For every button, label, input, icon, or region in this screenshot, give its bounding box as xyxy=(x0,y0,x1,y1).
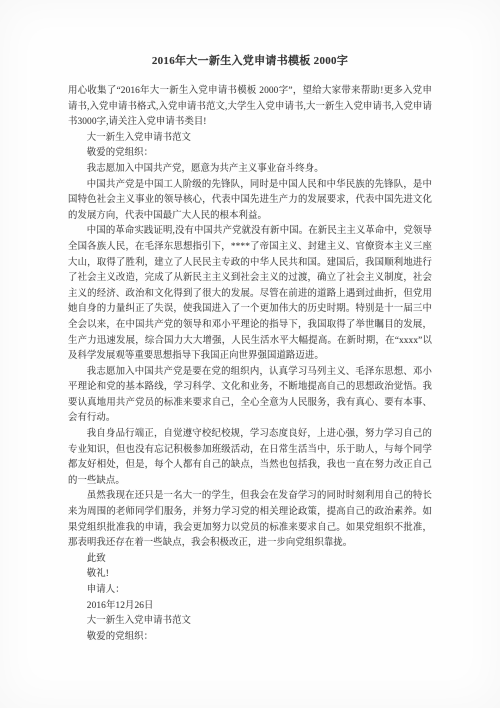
closing-salutation-repeat: 敬爱的党组织： xyxy=(68,630,432,646)
paragraph-body-4: 我自身品行端正，自觉遵守校纪校规，学习态度良好，上进心强，努力学习自己的专业知识… xyxy=(68,427,432,489)
paragraph-body-3: 我志愿加入中国共产党是要在党的组织内，认真学习马列主义、毛泽东思想、邓小平理论和… xyxy=(68,365,432,427)
intro-paragraph: 用心收集了“2016年大一新生入党申请书模板 2000字”，望给大家带来帮助!更… xyxy=(68,84,432,131)
closing-salute: 敬礼! xyxy=(68,567,432,583)
closing-date: 2016年12月26日 xyxy=(68,599,432,615)
paragraph-salutation: 敬爱的党组织： xyxy=(68,146,432,162)
closing-subtitle-repeat: 大一新生入党申请书范文 xyxy=(68,614,432,630)
paragraph-subtitle: 大一新生入党申请书范文 xyxy=(68,131,432,147)
document-page: 2016年大一新生入党申请书模板 2000字 用心收集了“2016年大一新生入党… xyxy=(0,0,500,708)
document-title: 2016年大一新生入党申请书模板 2000字 xyxy=(68,52,432,68)
closing-cizhi: 此致 xyxy=(68,552,432,568)
paragraph-body-1: 中国共产党是中国工人阶级的先锋队，同时是中国人民和中华民族的先锋队，是中国特色社… xyxy=(68,178,432,225)
paragraph-body-2: 中国的革命实践证明,没有中国共产党就没有新中国。在新民主主义革命中，党领导全国各… xyxy=(68,224,432,364)
closing-applicant: 申请人： xyxy=(68,583,432,599)
paragraph-declaration: 我志愿加入中国共产党，愿意为共产主义事业奋斗终身。 xyxy=(68,162,432,178)
paragraph-body-5: 虽然我现在还只是一名大一的学生，但我会在发奋学习的同时时刻利用自己的特长来为周围… xyxy=(68,489,432,551)
